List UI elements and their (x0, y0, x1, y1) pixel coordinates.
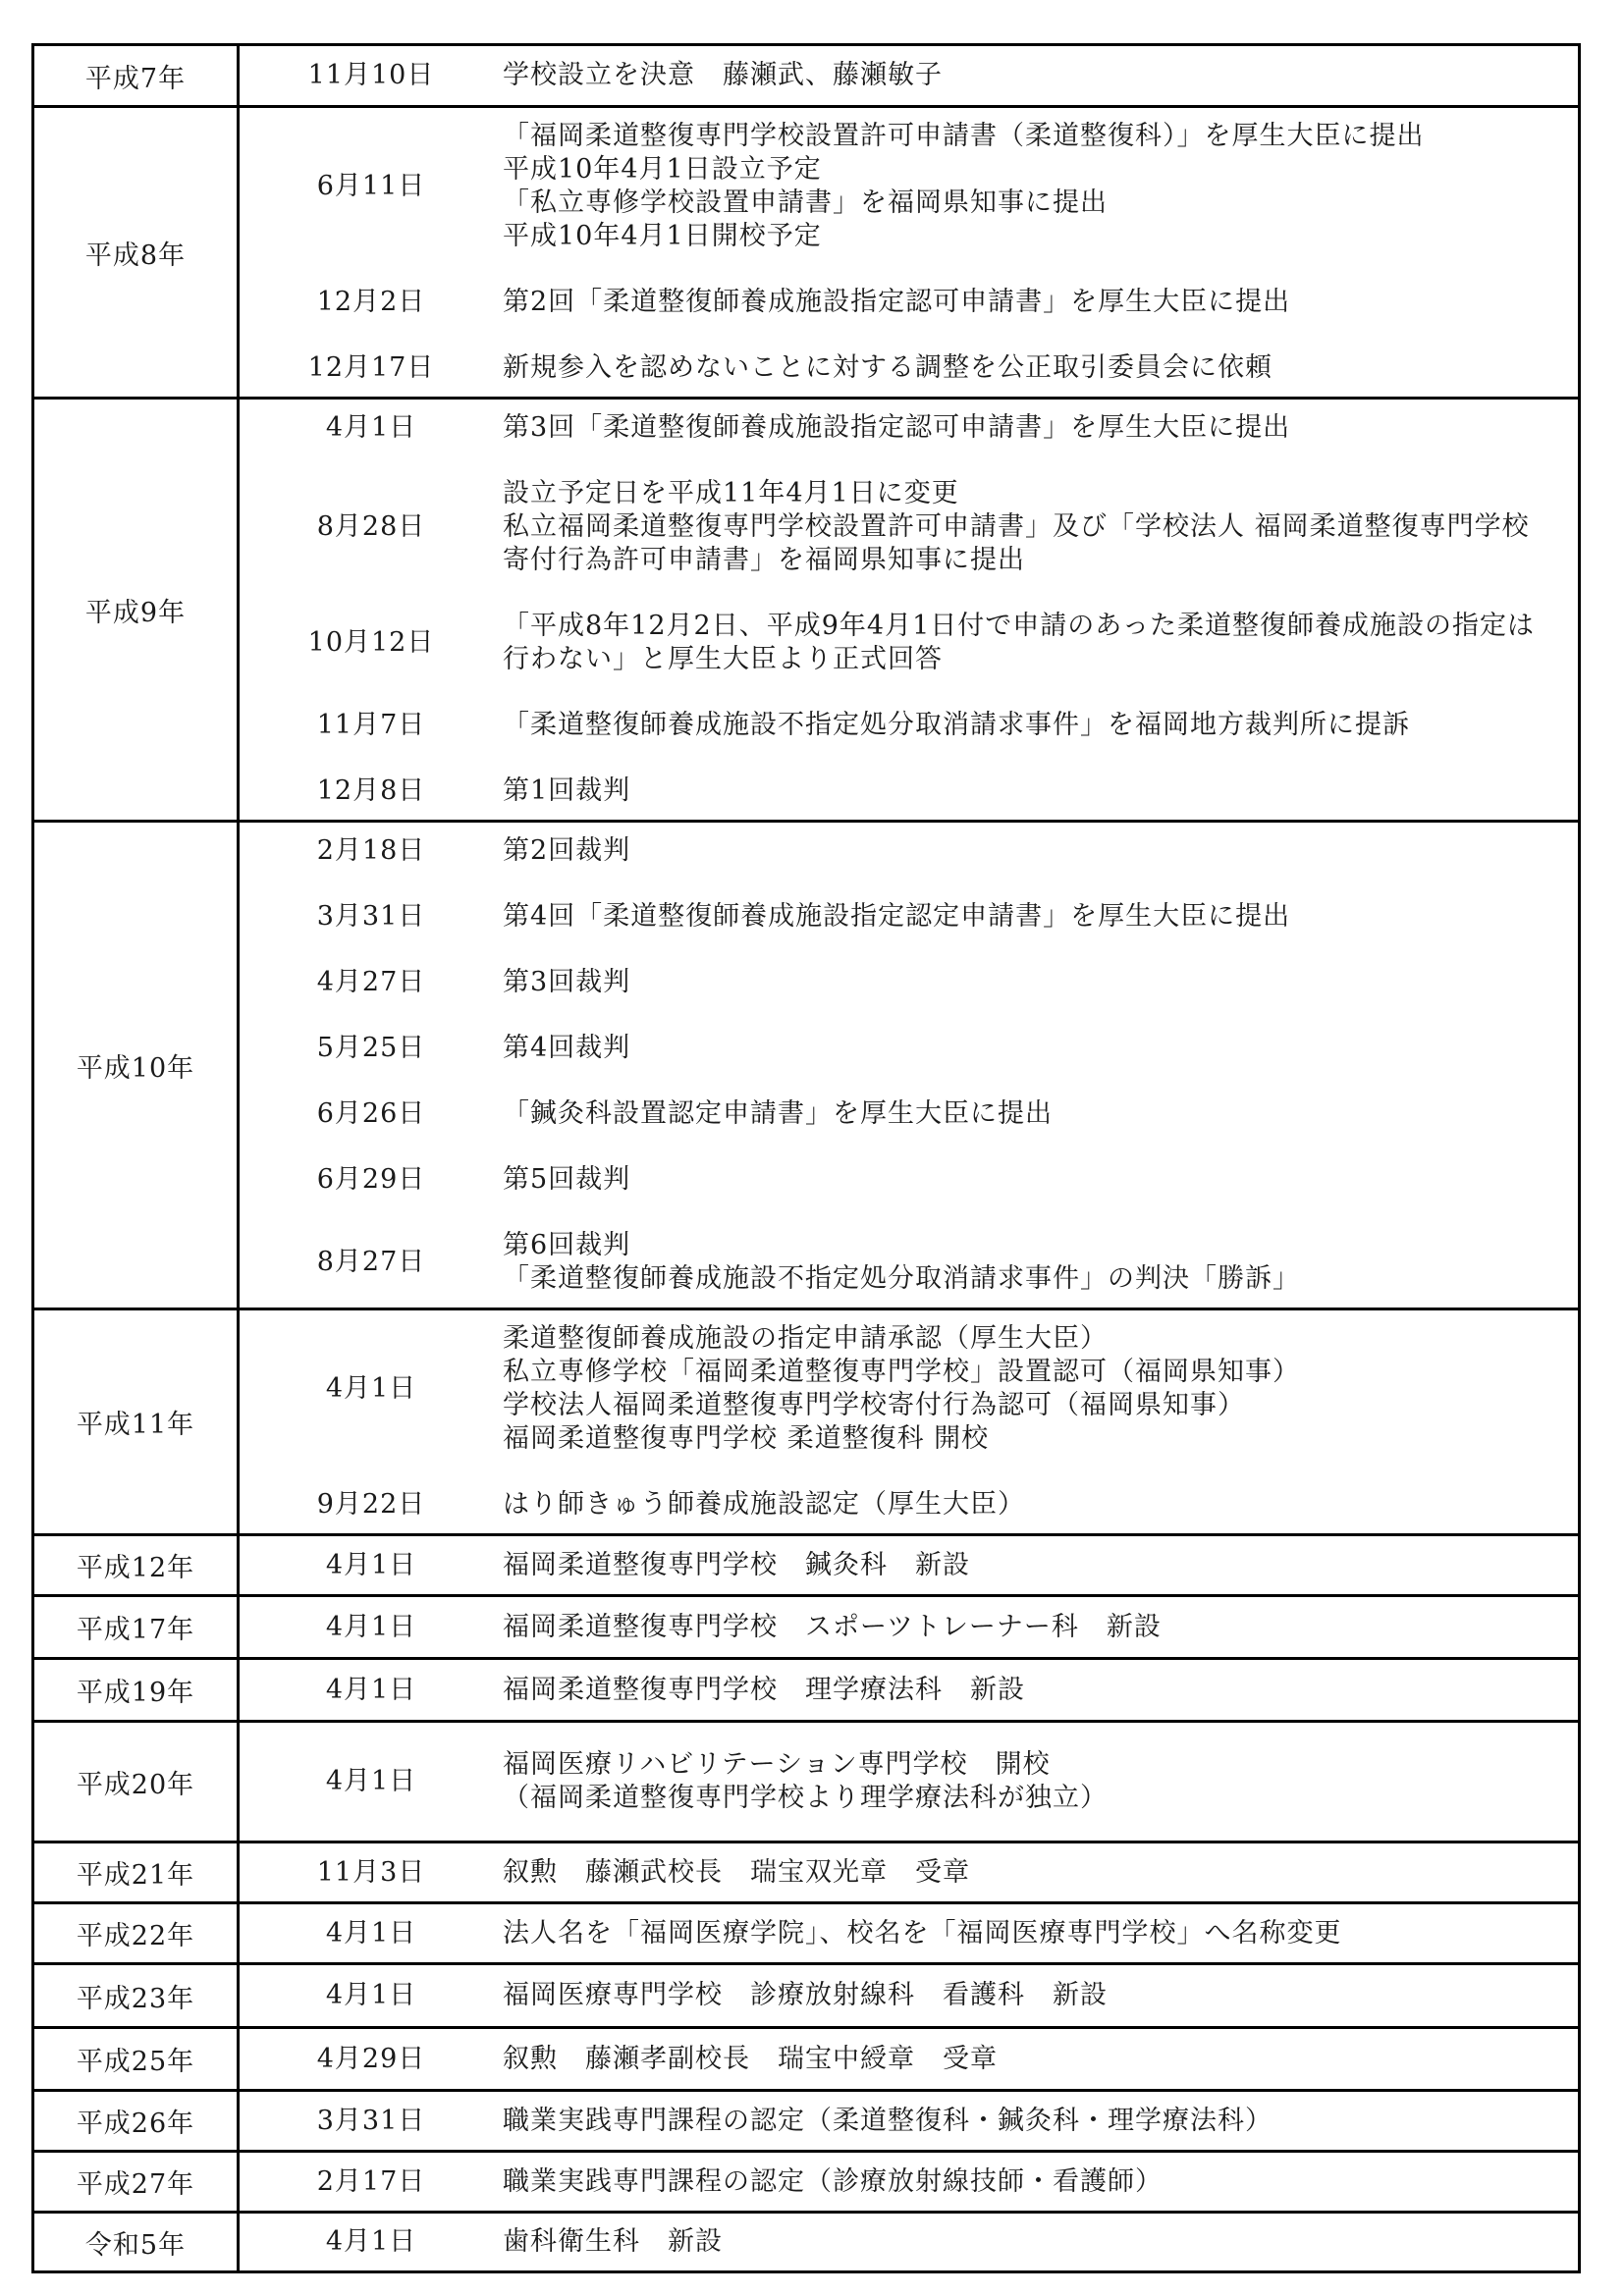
timeline-entry: 6月29日第5回裁判 (240, 1163, 1578, 1197)
entry-date: 4月1日 (240, 1372, 503, 1406)
entry-description-line: 「柔道整復師養成施設不指定処分取消請求事件」の判決「勝訴」 (503, 1262, 1578, 1296)
entry-description: 「鍼灸科設置認定申請書」を厚生大臣に提出 (503, 1097, 1578, 1131)
timeline-entry: 11月3日叙勲 藤瀬武校長 瑞宝双光章 受章 (240, 1856, 1578, 1890)
entry-description: 職業実践専門課程の認定（柔道整復科・鍼灸科・理学療法科） (503, 2105, 1578, 2138)
entry-date: 12月17日 (240, 351, 503, 385)
content-cell: 4月1日福岡柔道整復専門学校 スポーツトレーナー科 新設 (240, 1597, 1578, 1657)
entry-description: 叙勲 藤瀬武校長 瑞宝双光章 受章 (503, 1856, 1578, 1890)
entry-description-line: 私立福岡柔道整復専門学校設置許可申請書」及び「学校法人 福岡柔道整復専門学校 (503, 510, 1578, 544)
year-cell: 平成20年 (34, 1723, 240, 1841)
entry-description-line: 第4回裁判 (503, 1032, 1578, 1065)
year-cell: 令和5年 (34, 2214, 240, 2270)
entry-description: 第3回裁判 (503, 966, 1578, 999)
entry-description: 歯科衛生科 新設 (503, 2225, 1578, 2259)
timeline-entry: 8月28日設立予定日を平成11年4月1日に変更私立福岡柔道整復専門学校設置許可申… (240, 477, 1578, 577)
entry-description-line: 福岡医療専門学校 診療放射線科 看護科 新設 (503, 1979, 1578, 2012)
entry-description: 第1回裁判 (503, 774, 1578, 808)
entry-date: 11月10日 (240, 59, 503, 92)
entry-description: 学校設立を決意 藤瀬武、藤瀬敏子 (503, 59, 1578, 92)
entry-date: 8月28日 (240, 510, 503, 544)
entry-description-line: 第4回「柔道整復師養成施設指定認定申請書」を厚生大臣に提出 (503, 900, 1578, 934)
year-cell: 平成17年 (34, 1597, 240, 1657)
entry-description: 「福岡柔道整復専門学校設置許可申請書（柔道整復科）」を厚生大臣に提出平成10年4… (503, 120, 1578, 253)
entry-description: 叙勲 藤瀬孝副校長 瑞宝中綬章 受章 (503, 2043, 1578, 2076)
content-cell: 4月1日法人名を「福岡医療学院」、校名を「福岡医療専門学校」へ名称変更 (240, 1904, 1578, 1962)
table-row: 平成21年11月3日叙勲 藤瀬武校長 瑞宝双光章 受章 (34, 1843, 1578, 1904)
entry-description-line: 叙勲 藤瀬孝副校長 瑞宝中綬章 受章 (503, 2043, 1578, 2076)
entry-description-line: 私立専修学校「福岡柔道整復専門学校」設置認可（福岡県知事） (503, 1356, 1578, 1389)
entry-description-line: はり師きゅう師養成施設認定（厚生大臣） (503, 1488, 1578, 1522)
content-cell: 4月1日福岡医療リハビリテーション専門学校 開校（福岡柔道整復専門学校より理学療… (240, 1723, 1578, 1841)
content-cell: 11月10日学校設立を決意 藤瀬武、藤瀬敏子 (240, 46, 1578, 105)
year-cell: 平成23年 (34, 1965, 240, 2026)
entry-description: 第3回「柔道整復師養成施設指定認可申請書」を厚生大臣に提出 (503, 411, 1578, 445)
entry-description-line: 福岡柔道整復専門学校 鍼灸科 新設 (503, 1549, 1578, 1582)
entry-date: 4月1日 (240, 1979, 503, 2012)
entry-description-line: 歯科衛生科 新設 (503, 2225, 1578, 2259)
entry-date: 6月11日 (240, 170, 503, 203)
entry-description: 福岡柔道整復専門学校 スポーツトレーナー科 新設 (503, 1611, 1578, 1644)
timeline-entry: 5月25日第4回裁判 (240, 1032, 1578, 1065)
history-table: 平成7年11月10日学校設立を決意 藤瀬武、藤瀬敏子平成8年6月11日「福岡柔道… (31, 43, 1581, 2273)
entry-description-line: 福岡柔道整復専門学校 スポーツトレーナー科 新設 (503, 1611, 1578, 1644)
timeline-entry: 9月22日はり師きゅう師養成施設認定（厚生大臣） (240, 1488, 1578, 1522)
entry-date: 10月12日 (240, 626, 503, 660)
entry-date: 4月1日 (240, 411, 503, 445)
entry-description-line: 第2回「柔道整復師養成施設指定認可申請書」を厚生大臣に提出 (503, 286, 1578, 319)
content-cell: 4月29日叙勲 藤瀬孝副校長 瑞宝中綬章 受章 (240, 2029, 1578, 2089)
table-row: 平成26年3月31日職業実践専門課程の認定（柔道整復科・鍼灸科・理学療法科） (34, 2092, 1578, 2153)
table-row: 平成12年4月1日福岡柔道整復専門学校 鍼灸科 新設 (34, 1536, 1578, 1597)
entry-description: 福岡医療リハビリテーション専門学校 開校（福岡柔道整復専門学校より理学療法科が独… (503, 1748, 1578, 1815)
year-cell: 平成10年 (34, 823, 240, 1308)
entry-description-line: 「私立専修学校設置申請書」を福岡県知事に提出 (503, 187, 1578, 220)
entry-description-line: 平成10年4月1日開校予定 (503, 220, 1578, 253)
entry-description-line: 「平成8年12月2日、平成9年4月1日付で申請のあった柔道整復師養成施設の指定は (503, 610, 1578, 643)
content-cell: 11月3日叙勲 藤瀬武校長 瑞宝双光章 受章 (240, 1843, 1578, 1901)
table-row: 平成9年4月1日第3回「柔道整復師養成施設指定認可申請書」を厚生大臣に提出8月2… (34, 400, 1578, 823)
year-cell: 平成19年 (34, 1660, 240, 1720)
timeline-entry: 4月1日法人名を「福岡医療学院」、校名を「福岡医療専門学校」へ名称変更 (240, 1917, 1578, 1950)
year-cell: 平成7年 (34, 46, 240, 105)
entry-description: 福岡柔道整復専門学校 鍼灸科 新設 (503, 1549, 1578, 1582)
entry-description-line: 「鍼灸科設置認定申請書」を厚生大臣に提出 (503, 1097, 1578, 1131)
year-cell: 平成27年 (34, 2153, 240, 2211)
entry-date: 11月3日 (240, 1856, 503, 1890)
table-row: 平成10年2月18日第2回裁判3月31日第4回「柔道整復師養成施設指定認定申請書… (34, 823, 1578, 1310)
timeline-entry: 12月8日第1回裁判 (240, 774, 1578, 808)
entry-date: 6月26日 (240, 1097, 503, 1131)
entry-date: 5月25日 (240, 1032, 503, 1065)
entry-description-line: 「柔道整復師養成施設不指定処分取消請求事件」を福岡地方裁判所に提訴 (503, 709, 1578, 742)
entry-date: 2月17日 (240, 2165, 503, 2199)
entry-date: 4月1日 (240, 1917, 503, 1950)
entry-date: 4月1日 (240, 2225, 503, 2259)
entry-date: 4月27日 (240, 966, 503, 999)
content-cell: 4月1日福岡柔道整復専門学校 鍼灸科 新設 (240, 1536, 1578, 1594)
entry-description-line: 行わない」と厚生大臣より正式回答 (503, 643, 1578, 676)
table-row: 平成25年4月29日叙勲 藤瀬孝副校長 瑞宝中綬章 受章 (34, 2029, 1578, 2092)
entry-date: 4月29日 (240, 2043, 503, 2076)
entry-date: 11月7日 (240, 709, 503, 742)
entry-description-line: 学校設立を決意 藤瀬武、藤瀬敏子 (503, 59, 1578, 92)
entry-date: 2月18日 (240, 834, 503, 868)
entry-description: 第4回「柔道整復師養成施設指定認定申請書」を厚生大臣に提出 (503, 900, 1578, 934)
entry-description-line: 福岡柔道整復専門学校 柔道整復科 開校 (503, 1422, 1578, 1456)
entry-description: はり師きゅう師養成施設認定（厚生大臣） (503, 1488, 1578, 1522)
year-cell: 平成11年 (34, 1310, 240, 1533)
entry-description-line: 第5回裁判 (503, 1163, 1578, 1197)
table-row: 平成23年4月1日福岡医療専門学校 診療放射線科 看護科 新設 (34, 1965, 1578, 2029)
timeline-entry: 2月17日職業実践専門課程の認定（診療放射線技師・看護師） (240, 2165, 1578, 2199)
entry-description-line: 「福岡柔道整復専門学校設置許可申請書（柔道整復科）」を厚生大臣に提出 (503, 120, 1578, 153)
entry-description: 第2回裁判 (503, 834, 1578, 868)
timeline-entry: 12月2日第2回「柔道整復師養成施設指定認可申請書」を厚生大臣に提出 (240, 286, 1578, 319)
table-row: 平成7年11月10日学校設立を決意 藤瀬武、藤瀬敏子 (34, 46, 1578, 108)
timeline-entry: 3月31日職業実践専門課程の認定（柔道整復科・鍼灸科・理学療法科） (240, 2105, 1578, 2138)
table-row: 平成27年2月17日職業実践専門課程の認定（診療放射線技師・看護師） (34, 2153, 1578, 2214)
entry-description-line: 寄付行為許可申請書」を福岡県知事に提出 (503, 544, 1578, 577)
entry-date: 9月22日 (240, 1488, 503, 1522)
entry-description-line: （福岡柔道整復専門学校より理学療法科が独立） (503, 1782, 1578, 1815)
content-cell: 4月1日歯科衛生科 新設 (240, 2214, 1578, 2270)
timeline-entry: 11月7日「柔道整復師養成施設不指定処分取消請求事件」を福岡地方裁判所に提訴 (240, 709, 1578, 742)
content-cell: 6月11日「福岡柔道整復専門学校設置許可申請書（柔道整復科）」を厚生大臣に提出平… (240, 108, 1578, 397)
timeline-entry: 4月27日第3回裁判 (240, 966, 1578, 999)
entry-description: 福岡医療専門学校 診療放射線科 看護科 新設 (503, 1979, 1578, 2012)
entry-description: 第2回「柔道整復師養成施設指定認可申請書」を厚生大臣に提出 (503, 286, 1578, 319)
entry-description-line: 第3回「柔道整復師養成施設指定認可申請書」を厚生大臣に提出 (503, 411, 1578, 445)
content-cell: 2月17日職業実践専門課程の認定（診療放射線技師・看護師） (240, 2153, 1578, 2211)
timeline-entry: 6月11日「福岡柔道整復専門学校設置許可申請書（柔道整復科）」を厚生大臣に提出平… (240, 120, 1578, 253)
entry-description-line: 第2回裁判 (503, 834, 1578, 868)
year-cell: 平成21年 (34, 1843, 240, 1901)
timeline-entry: 4月29日叙勲 藤瀬孝副校長 瑞宝中綬章 受章 (240, 2043, 1578, 2076)
content-cell: 3月31日職業実践専門課程の認定（柔道整復科・鍼灸科・理学療法科） (240, 2092, 1578, 2150)
table-row: 令和5年4月1日歯科衛生科 新設 (34, 2214, 1578, 2270)
timeline-entry: 4月1日福岡医療専門学校 診療放射線科 看護科 新設 (240, 1979, 1578, 2012)
table-row: 平成19年4月1日福岡柔道整復専門学校 理学療法科 新設 (34, 1660, 1578, 1723)
timeline-entry: 10月12日「平成8年12月2日、平成9年4月1日付で申請のあった柔道整復師養成… (240, 610, 1578, 676)
timeline-entry: 4月1日歯科衛生科 新設 (240, 2225, 1578, 2259)
entry-description-line: 第6回裁判 (503, 1229, 1578, 1262)
table-row: 平成11年4月1日柔道整復師養成施設の指定申請承認（厚生大臣）私立専修学校「福岡… (34, 1310, 1578, 1536)
entry-description-line: 職業実践専門課程の認定（柔道整復科・鍼灸科・理学療法科） (503, 2105, 1578, 2138)
entry-description: 新規参入を認めないことに対する調整を公正取引委員会に依頼 (503, 351, 1578, 385)
timeline-entry: 4月1日第3回「柔道整復師養成施設指定認可申請書」を厚生大臣に提出 (240, 411, 1578, 445)
entry-description-line: 第3回裁判 (503, 966, 1578, 999)
year-cell: 平成25年 (34, 2029, 240, 2089)
entry-date: 4月1日 (240, 1674, 503, 1707)
entry-date: 3月31日 (240, 2105, 503, 2138)
entry-description-line: 法人名を「福岡医療学院」、校名を「福岡医療専門学校」へ名称変更 (503, 1917, 1578, 1950)
entry-date: 3月31日 (240, 900, 503, 934)
entry-description: 第6回裁判「柔道整復師養成施設不指定処分取消請求事件」の判決「勝訴」 (503, 1229, 1578, 1296)
year-cell: 平成12年 (34, 1536, 240, 1594)
entry-description: 「柔道整復師養成施設不指定処分取消請求事件」を福岡地方裁判所に提訴 (503, 709, 1578, 742)
content-cell: 2月18日第2回裁判3月31日第4回「柔道整復師養成施設指定認定申請書」を厚生大… (240, 823, 1578, 1308)
timeline-entry: 3月31日第4回「柔道整復師養成施設指定認定申請書」を厚生大臣に提出 (240, 900, 1578, 934)
content-cell: 4月1日柔道整復師養成施設の指定申請承認（厚生大臣）私立専修学校「福岡柔道整復専… (240, 1310, 1578, 1533)
entry-description-line: 職業実践専門課程の認定（診療放射線技師・看護師） (503, 2165, 1578, 2199)
year-cell: 平成26年 (34, 2092, 240, 2150)
entry-date: 4月1日 (240, 1611, 503, 1644)
timeline-entry: 4月1日福岡柔道整復専門学校 スポーツトレーナー科 新設 (240, 1611, 1578, 1644)
timeline-entry: 4月1日福岡柔道整復専門学校 鍼灸科 新設 (240, 1549, 1578, 1582)
entry-description-line: 第1回裁判 (503, 774, 1578, 808)
entry-description-line: 福岡医療リハビリテーション専門学校 開校 (503, 1748, 1578, 1782)
entry-description-line: 学校法人福岡柔道整復専門学校寄付行為認可（福岡県知事） (503, 1389, 1578, 1422)
entry-description: 職業実践専門課程の認定（診療放射線技師・看護師） (503, 2165, 1578, 2199)
entry-description-line: 設立予定日を平成11年4月1日に変更 (503, 477, 1578, 510)
entry-description-line: 平成10年4月1日設立予定 (503, 153, 1578, 187)
year-cell: 平成22年 (34, 1904, 240, 1962)
timeline-entry: 8月27日第6回裁判「柔道整復師養成施設不指定処分取消請求事件」の判決「勝訴」 (240, 1229, 1578, 1296)
year-cell: 平成9年 (34, 400, 240, 820)
entry-description-line: 福岡柔道整復専門学校 理学療法科 新設 (503, 1674, 1578, 1707)
timeline-entry: 4月1日福岡医療リハビリテーション専門学校 開校（福岡柔道整復専門学校より理学療… (240, 1748, 1578, 1815)
entry-date: 4月1日 (240, 1765, 503, 1798)
timeline-entry: 4月1日福岡柔道整復専門学校 理学療法科 新設 (240, 1674, 1578, 1707)
entry-date: 12月2日 (240, 286, 503, 319)
timeline-entry: 11月10日学校設立を決意 藤瀬武、藤瀬敏子 (240, 59, 1578, 92)
entry-date: 12月8日 (240, 774, 503, 808)
entry-description: 第5回裁判 (503, 1163, 1578, 1197)
timeline-entry: 12月17日新規参入を認めないことに対する調整を公正取引委員会に依頼 (240, 351, 1578, 385)
entry-description-line: 叙勲 藤瀬武校長 瑞宝双光章 受章 (503, 1856, 1578, 1890)
timeline-entry: 4月1日柔道整復師養成施設の指定申請承認（厚生大臣）私立専修学校「福岡柔道整復専… (240, 1322, 1578, 1456)
table-row: 平成22年4月1日法人名を「福岡医療学院」、校名を「福岡医療専門学校」へ名称変更 (34, 1904, 1578, 1965)
entry-description: 法人名を「福岡医療学院」、校名を「福岡医療専門学校」へ名称変更 (503, 1917, 1578, 1950)
content-cell: 4月1日福岡医療専門学校 診療放射線科 看護科 新設 (240, 1965, 1578, 2026)
entry-description: 「平成8年12月2日、平成9年4月1日付で申請のあった柔道整復師養成施設の指定は… (503, 610, 1578, 676)
entry-description: 設立予定日を平成11年4月1日に変更私立福岡柔道整復専門学校設置許可申請書」及び… (503, 477, 1578, 577)
entry-description: 柔道整復師養成施設の指定申請承認（厚生大臣）私立専修学校「福岡柔道整復専門学校」… (503, 1322, 1578, 1456)
table-row: 平成20年4月1日福岡医療リハビリテーション専門学校 開校（福岡柔道整復専門学校… (34, 1723, 1578, 1843)
entry-date: 8月27日 (240, 1246, 503, 1279)
table-row: 平成8年6月11日「福岡柔道整復専門学校設置許可申請書（柔道整復科）」を厚生大臣… (34, 108, 1578, 400)
timeline-entry: 2月18日第2回裁判 (240, 834, 1578, 868)
content-cell: 4月1日福岡柔道整復専門学校 理学療法科 新設 (240, 1660, 1578, 1720)
content-cell: 4月1日第3回「柔道整復師養成施設指定認可申請書」を厚生大臣に提出8月28日設立… (240, 400, 1578, 820)
entry-description-line: 新規参入を認めないことに対する調整を公正取引委員会に依頼 (503, 351, 1578, 385)
entry-date: 4月1日 (240, 1549, 503, 1582)
entry-description: 福岡柔道整復専門学校 理学療法科 新設 (503, 1674, 1578, 1707)
year-cell: 平成8年 (34, 108, 240, 397)
entry-date: 6月29日 (240, 1163, 503, 1197)
entry-description: 第4回裁判 (503, 1032, 1578, 1065)
table-row: 平成17年4月1日福岡柔道整復専門学校 スポーツトレーナー科 新設 (34, 1597, 1578, 1660)
entry-description-line: 柔道整復師養成施設の指定申請承認（厚生大臣） (503, 1322, 1578, 1356)
timeline-entry: 6月26日「鍼灸科設置認定申請書」を厚生大臣に提出 (240, 1097, 1578, 1131)
